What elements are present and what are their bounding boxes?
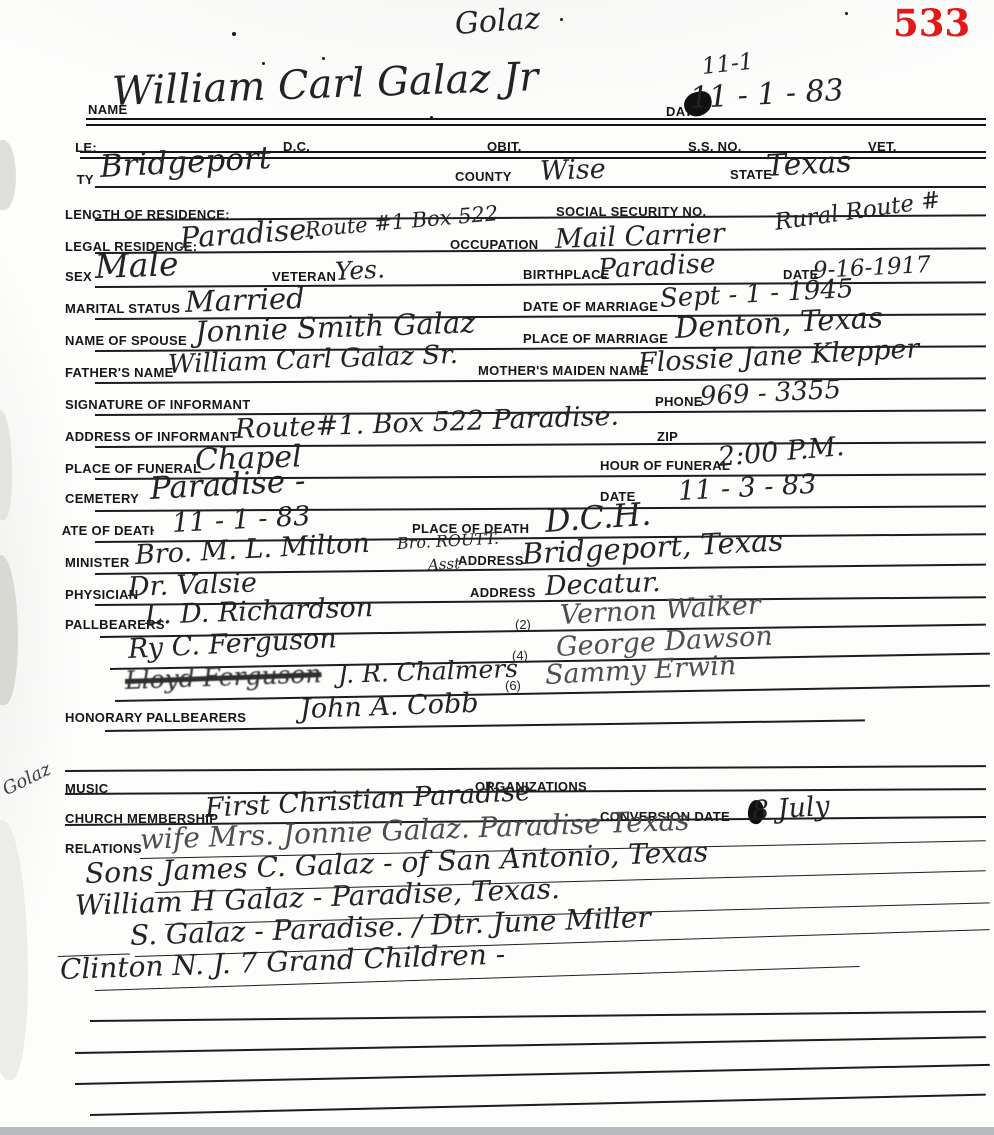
honorary-pallbearers-label: HONORARY PALLBEARERS	[65, 710, 246, 725]
minister-value: Bro. M. L. Milton	[134, 530, 370, 569]
name-date-value: 11 - 1 - 83	[689, 76, 844, 114]
veteran-value: Yes.	[334, 256, 385, 284]
rule-line	[65, 765, 986, 772]
county-label: COUNTY	[455, 169, 512, 184]
zip-label: ZIP	[657, 429, 678, 444]
rule-line	[75, 1036, 986, 1054]
pallbearer-6: Sammy Erwin	[544, 652, 737, 689]
rule-line	[95, 186, 986, 188]
cemetery-value: Paradise -	[149, 466, 306, 505]
honorary-pallbearer: John A. Cobb	[300, 690, 479, 723]
hour-of-funeral-label: HOUR OF FUNERAL	[600, 458, 730, 473]
county-value: Wise	[540, 156, 607, 185]
name-value: William Carl Galaz Jr	[111, 57, 539, 112]
torn-edge-smudge	[0, 410, 12, 520]
birthplace-value: Paradise	[597, 250, 716, 283]
minister-label: MINISTER	[65, 555, 130, 570]
address-of-informant-value: Route#1. Box 522 Paradise.	[235, 403, 620, 443]
phone-value: 969 - 3355	[699, 377, 841, 410]
name-date-correction: 11-1	[701, 51, 755, 79]
marriage-date-label: DATE OF MARRIAGE	[523, 299, 658, 314]
rule-line	[95, 377, 986, 384]
pallbearer-5-struck: Lloyd Ferguson	[125, 661, 322, 693]
cemetery-label: CEMETERY	[65, 491, 139, 506]
funeral-record-card: Golaz 533 Golaz NAME William Carl Galaz …	[0, 0, 994, 1135]
torn-edge-smudge	[0, 820, 28, 1080]
conversion-date-value: 8 July	[751, 793, 831, 825]
torn-edge-smudge	[0, 555, 18, 705]
city-value: Bridgeport	[99, 143, 272, 183]
rule-line	[90, 1094, 986, 1116]
date-of-death-label: DATE OF DEATH	[62, 523, 154, 538]
city-label: CITY	[76, 172, 96, 187]
marital-status-label: MARITAL STATUS	[65, 301, 180, 316]
phone-label: PHONE	[655, 394, 703, 409]
physician-address-label: ADDRESS	[470, 585, 536, 600]
legal-residence-value: Paradise.	[179, 215, 316, 253]
ink-speck	[322, 57, 325, 60]
surname-note: Golaz	[454, 4, 541, 40]
father-name-label: FATHER'S NAME	[65, 365, 174, 380]
sex-label: SEX	[65, 269, 92, 284]
mother-maiden-name-label: MOTHER'S MAIDEN NAME	[478, 363, 649, 378]
marriage-place-label: PLACE OF MARRIAGE	[523, 331, 668, 346]
page-number: 533	[893, 1, 970, 45]
birthplace-label: BIRTHPLACE	[523, 267, 610, 282]
rule-line	[90, 1011, 986, 1022]
cemetery-date-value: 11 - 3 - 83	[677, 471, 817, 505]
scan-edge-bar	[0, 1127, 994, 1135]
sex-value: Male	[94, 247, 179, 283]
minister-address-label: ADDRESS	[458, 553, 524, 568]
signature-of-informant-label: SIGNATURE OF INFORMANT	[65, 397, 250, 412]
state-value: Texas	[765, 148, 852, 182]
relations-line-5: Clinton N. J. 7 Grand Children -	[60, 940, 506, 984]
route-note: Route #1 Box 522	[304, 203, 499, 241]
pallbearer-6-number: (6)	[505, 678, 521, 693]
pallbearer-5: J. R. Chalmers	[338, 656, 519, 687]
rule-line	[75, 1064, 990, 1085]
spouse-label: NAME OF SPOUSE	[65, 333, 187, 348]
assistant-minister-note: Bro. ROUTT.	[397, 531, 500, 552]
torn-edge-smudge	[0, 140, 16, 210]
occupation-note: Rural Route #	[773, 189, 941, 235]
margin-note: Golaz	[0, 760, 54, 799]
ink-speck	[560, 18, 563, 21]
ink-speck	[232, 32, 236, 36]
hour-of-funeral-value: 2:00 P.M.	[717, 433, 846, 471]
pallbearer-1: L. D. Richardson	[145, 594, 374, 629]
relations-label: RELATIONS	[65, 841, 142, 856]
rule-line	[86, 118, 986, 126]
ink-speck	[845, 12, 848, 15]
